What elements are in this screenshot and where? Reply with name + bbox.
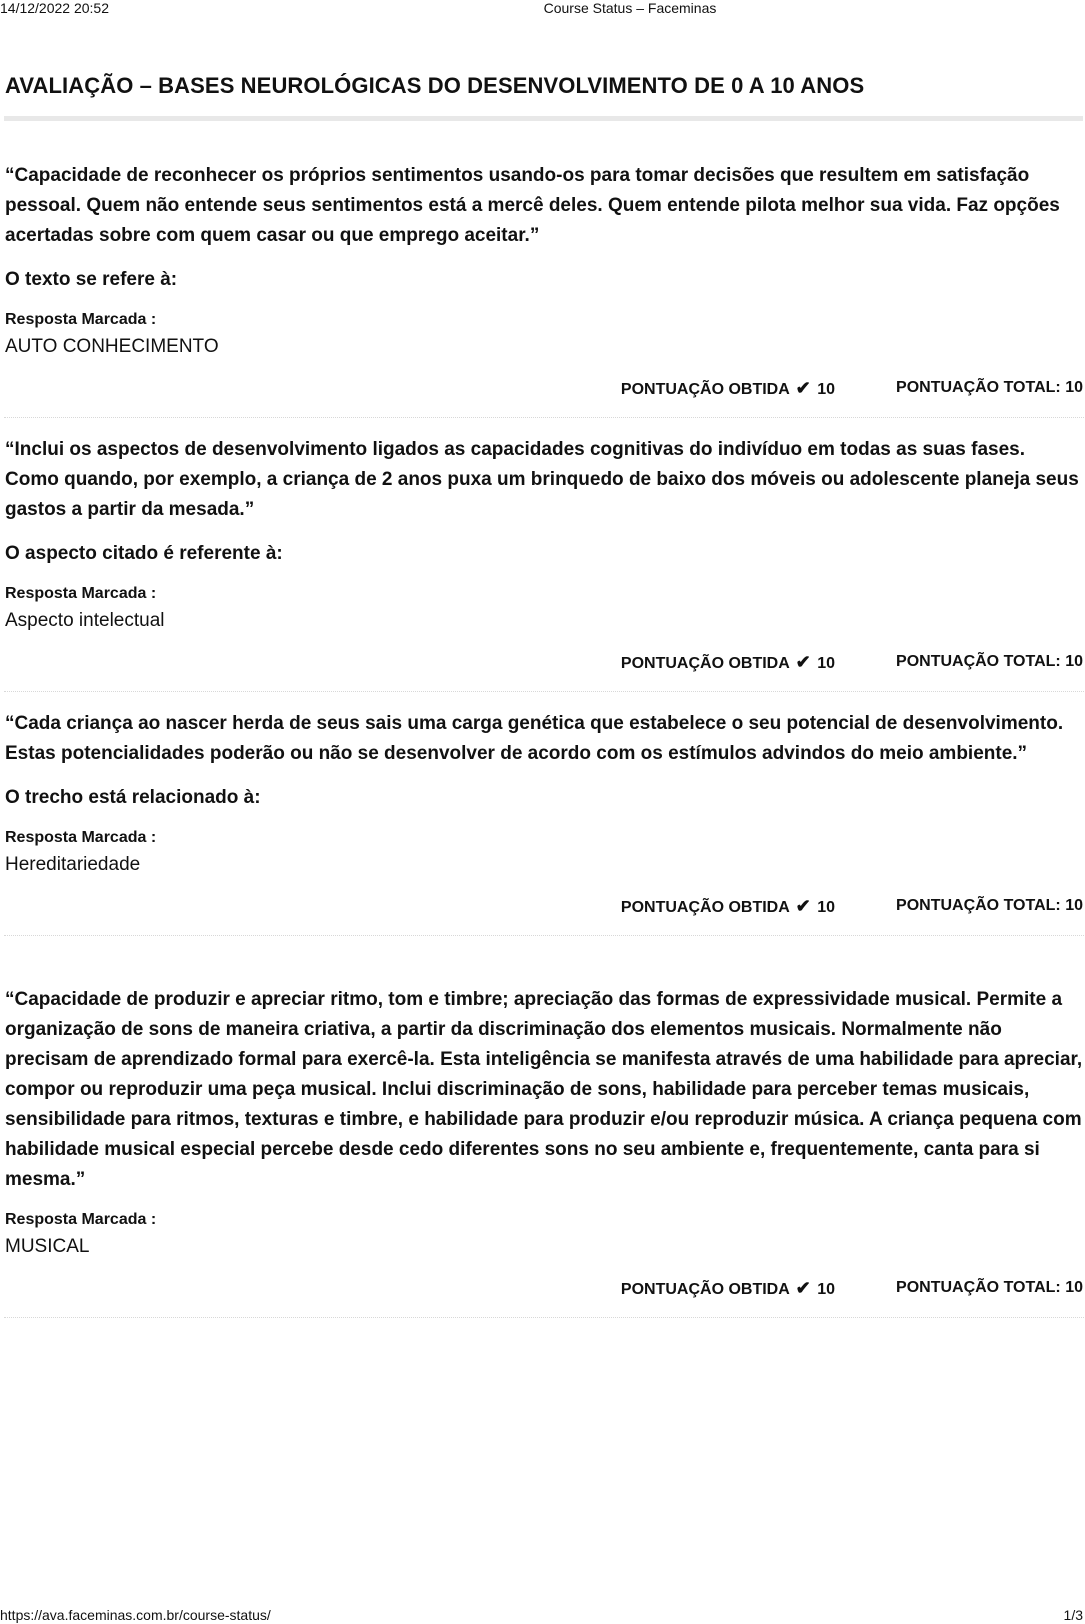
score-total-value: 10 [1065, 897, 1083, 914]
score-total-label: PONTUAÇÃO TOTAL: [896, 897, 1061, 914]
answer-label: Resposta Marcada : [5, 1209, 1083, 1231]
score-total: PONTUAÇÃO TOTAL: 10 [896, 894, 1083, 918]
title-divider [4, 116, 1083, 121]
question-text: “Capacidade de reconhecer os próprios se… [5, 161, 1083, 251]
score-obtained: PONTUAÇÃO OBTIDA ✔ 10 [621, 376, 835, 402]
question-block: “Inclui os aspectos de desenvolvimento l… [5, 435, 1083, 692]
answer-value: Hereditariedade [5, 852, 1083, 878]
answer-value: MUSICAL [5, 1234, 1083, 1260]
score-row: PONTUAÇÃO OBTIDA ✔ 10 PONTUAÇÃO TOTAL: 1… [5, 650, 1083, 674]
score-total-value: 10 [1065, 653, 1083, 670]
answer-label: Resposta Marcada : [5, 309, 1083, 331]
question-divider [4, 1317, 1084, 1318]
score-row: PONTUAÇÃO OBTIDA ✔ 10 PONTUAÇÃO TOTAL: 1… [5, 1276, 1083, 1300]
check-icon: ✔ [796, 650, 811, 674]
print-header: 14/12/2022 20:52 Course Status – Facemin… [0, 0, 1085, 16]
question-block: “Capacidade de produzir e apreciar ritmo… [5, 985, 1083, 1318]
score-total: PONTUAÇÃO TOTAL: 10 [896, 650, 1083, 674]
score-obtained-value: 10 [817, 1281, 835, 1298]
score-obtained-label: PONTUAÇÃO OBTIDA [621, 381, 789, 398]
score-total-value: 10 [1065, 379, 1083, 396]
question-text: “Cada criança ao nascer herda de seus sa… [5, 709, 1083, 769]
score-total-label: PONTUAÇÃO TOTAL: [896, 1279, 1061, 1296]
answer-value: AUTO CONHECIMENTO [5, 334, 1083, 360]
score-obtained-label: PONTUAÇÃO OBTIDA [621, 899, 789, 916]
answer-label: Resposta Marcada : [5, 583, 1083, 605]
score-total-label: PONTUAÇÃO TOTAL: [896, 653, 1061, 670]
question-prompt: O trecho está relacionado à: [5, 783, 1083, 813]
print-document-title: Course Status – Faceminas [0, 0, 1085, 16]
question-block: “Cada criança ao nascer herda de seus sa… [5, 709, 1083, 936]
page-title: AVALIAÇÃO – BASES NEUROLÓGICAS DO DESENV… [5, 70, 864, 102]
check-icon: ✔ [796, 376, 811, 400]
score-obtained: PONTUAÇÃO OBTIDA ✔ 10 [621, 650, 835, 676]
print-footer: https://ava.faceminas.com.br/course-stat… [0, 1606, 1085, 1624]
answer-label: Resposta Marcada : [5, 827, 1083, 849]
score-obtained-label: PONTUAÇÃO OBTIDA [621, 1281, 789, 1298]
question-divider [4, 935, 1084, 936]
answer-value: Aspecto intelectual [5, 608, 1083, 634]
question-prompt: O aspecto citado é referente à: [5, 539, 1083, 569]
question-prompt: O texto se refere à: [5, 265, 1083, 295]
score-total-value: 10 [1065, 1279, 1083, 1296]
score-obtained-value: 10 [817, 381, 835, 398]
check-icon: ✔ [796, 894, 811, 918]
score-total: PONTUAÇÃO TOTAL: 10 [896, 1276, 1083, 1300]
score-obtained-value: 10 [817, 899, 835, 916]
page-url: https://ava.faceminas.com.br/course-stat… [0, 1606, 271, 1624]
question-text: “Inclui os aspectos de desenvolvimento l… [5, 435, 1083, 525]
question-divider [4, 691, 1084, 692]
score-row: PONTUAÇÃO OBTIDA ✔ 10 PONTUAÇÃO TOTAL: 1… [5, 894, 1083, 918]
check-icon: ✔ [796, 1276, 811, 1300]
score-total-label: PONTUAÇÃO TOTAL: [896, 379, 1061, 396]
score-obtained: PONTUAÇÃO OBTIDA ✔ 10 [621, 894, 835, 920]
question-divider [4, 417, 1084, 418]
score-obtained-value: 10 [817, 655, 835, 672]
score-obtained-label: PONTUAÇÃO OBTIDA [621, 655, 789, 672]
page-number: 1/3 [1064, 1606, 1083, 1624]
question-text: “Capacidade de produzir e apreciar ritmo… [5, 985, 1083, 1195]
score-row: PONTUAÇÃO OBTIDA ✔ 10 PONTUAÇÃO TOTAL: 1… [5, 376, 1083, 400]
question-block: “Capacidade de reconhecer os próprios se… [5, 161, 1083, 418]
score-obtained: PONTUAÇÃO OBTIDA ✔ 10 [621, 1276, 835, 1302]
score-total: PONTUAÇÃO TOTAL: 10 [896, 376, 1083, 400]
